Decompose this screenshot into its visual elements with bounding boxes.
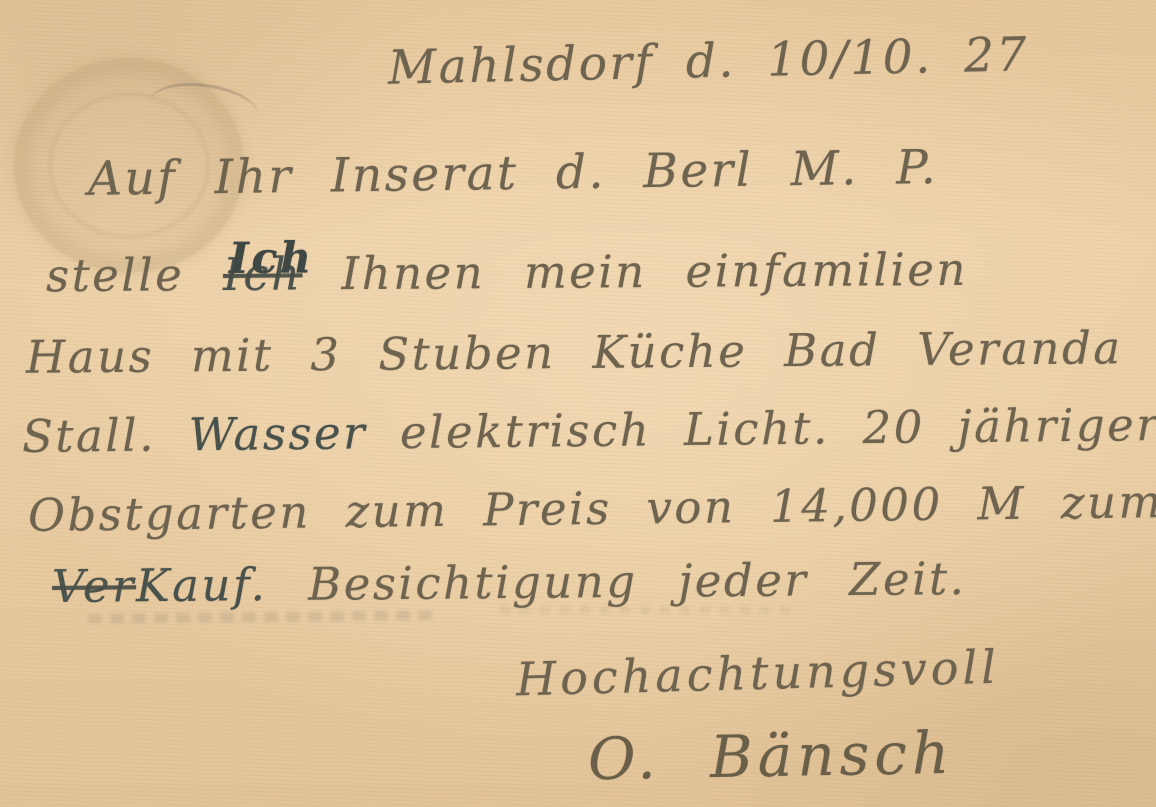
line4-post: elektrisch Licht. 20 jähriger	[400, 398, 1156, 459]
body-line-3: Haus mit 3 Stuben Küche Bad Veranda	[26, 321, 1123, 384]
line6-struck-prefix: Ver	[52, 559, 136, 613]
dateline: Mahlsdorf d. 10/10. 27	[387, 27, 1029, 95]
body-line-6: VerKauf. Besichtigung jeder Zeit.	[52, 552, 967, 613]
ink-offset-smudge	[500, 606, 800, 614]
line2-overwritten-word: Ich	[229, 233, 314, 284]
body-line-4: Stall. Wasser elektrisch Licht. 20 jähri…	[22, 398, 1156, 463]
line6-post: Besichtigung jeder Zeit.	[308, 552, 967, 611]
line4-emphasized-word: Wasser	[188, 406, 367, 461]
body-line-5: Obstgarten zum Preis von 14,000 M zum	[28, 475, 1156, 542]
body-line-1: Auf Ihr Inserat d. Berl M. P.	[88, 140, 939, 207]
line2-post: Ihnen mein einfamilien	[341, 243, 968, 300]
postcard-scan: Mahlsdorf d. 10/10. 27 Auf Ihr Inserat d…	[0, 0, 1156, 807]
body-line-2: stelle IchIch Ihnen mein einfamilien	[46, 243, 968, 302]
closing-formula: Hochachtungsvoll	[515, 640, 1000, 707]
signature: O. Bänsch	[587, 719, 954, 793]
line2-correction: IchIch	[223, 247, 303, 301]
line2-pre: stelle	[46, 248, 185, 302]
line6-emphasized-word: Kauf.	[136, 558, 268, 612]
line4-pre: Stall.	[22, 409, 156, 463]
